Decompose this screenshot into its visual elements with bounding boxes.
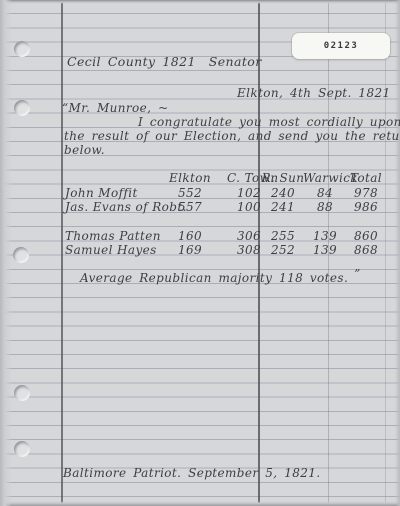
candidate-name: John Moffit [65,186,138,200]
vote-count: 88 [303,200,347,214]
col-header-r-sun: R. Sun [261,171,305,185]
salutation: “Mr. Munroe, ~ [62,101,169,115]
vote-count: 169 [168,243,212,257]
col-header-elkton: Elkton [168,171,212,185]
vote-count: 139 [303,229,347,243]
vote-count: 241 [261,200,305,214]
vote-count: 160 [168,229,212,243]
col-header-warwick: Warwick [303,171,347,185]
vote-count: 139 [303,243,347,257]
body-line-1: I congratulate you most cordially upon [138,115,400,129]
results-table-header: Elkton C. Town R. Sun Warwick Total [0,171,400,185]
vote-total: 978 [344,186,388,200]
candidate-name: Thomas Patten [65,229,161,243]
table-row: Thomas Patten 160 306 255 139 860 [0,229,400,243]
document-heading: Cecil County 1821 Senator [67,55,262,69]
vote-count: 552 [168,186,212,200]
page-bottom-edge [0,501,400,506]
heading-office: Senator [209,55,262,69]
summary-text: Average Republican majority 118 votes. [80,271,348,285]
vote-total: 868 [344,243,388,257]
vote-total: 860 [344,229,388,243]
vote-count: 84 [303,186,347,200]
body-line-3: below. [64,143,105,157]
punch-hole-1 [14,41,30,57]
table-row: Samuel Hayes 169 308 252 139 868 [0,243,400,257]
candidate-name: Samuel Hayes [65,243,157,257]
vote-count: 252 [261,243,305,257]
vote-count: 240 [261,186,305,200]
heading-topic: Cecil County 1821 [67,55,196,69]
closing-quote: ” [354,267,361,281]
scanned-document-page: 02123 Cecil County 1821 Senator Elkton, … [0,0,400,506]
body-line-2: the result of our Election, and send you… [64,129,400,143]
punch-hole-4 [14,385,30,401]
dateline: Elkton, 4th Sept. 1821 [237,86,391,100]
table-row: John Moffit 552 102 240 84 978 [0,186,400,200]
vote-count: 255 [261,229,305,243]
punch-hole-5 [14,441,30,457]
vote-total: 986 [344,200,388,214]
punch-hole-2 [14,100,30,116]
page-top-edge [0,0,400,4]
vote-count: 557 [168,200,212,214]
summary-line: Average Republican majority 118 votes.” [80,271,361,285]
archive-number-sticker: 02123 [292,33,390,59]
col-header-total: Total [344,171,388,185]
archive-number: 02123 [324,41,359,51]
table-row: Jas. Evans of Robt. 557 100 241 88 986 [0,200,400,214]
source-citation: Baltimore Patriot. September 5, 1821. [63,466,321,480]
